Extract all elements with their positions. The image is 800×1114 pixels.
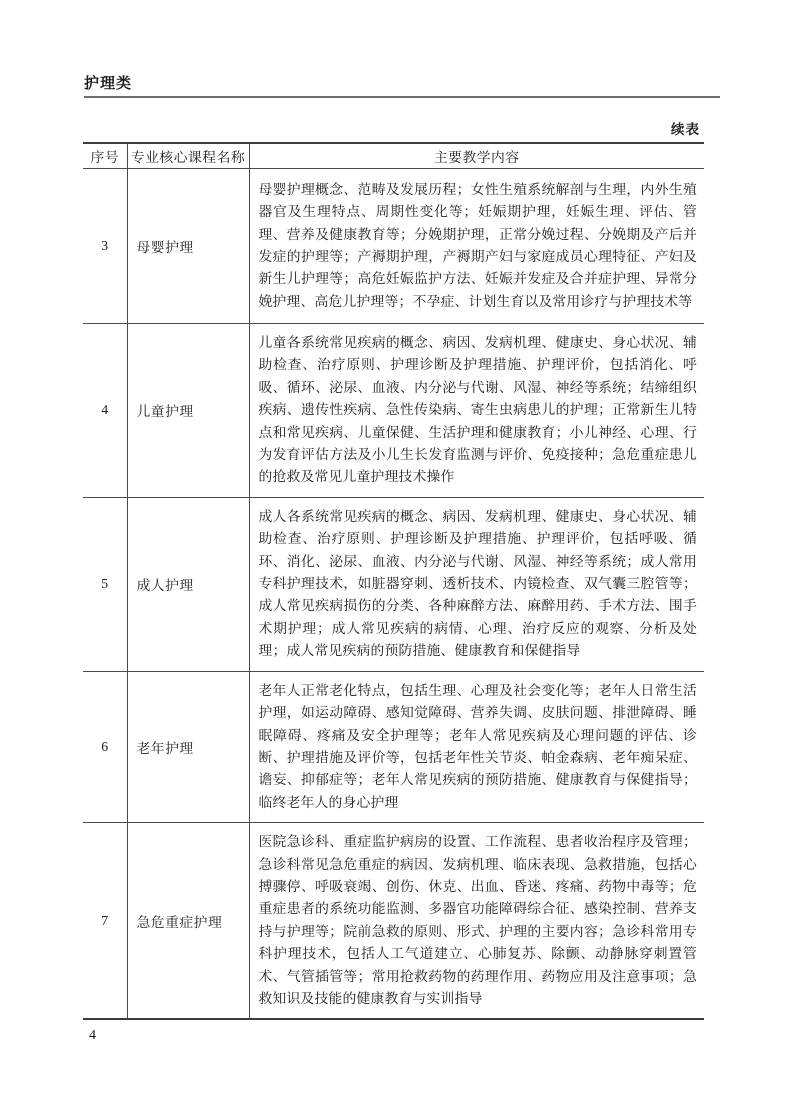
row-serial-number: 7 <box>83 823 127 1020</box>
row-course-name: 儿童护理 <box>127 324 249 498</box>
header-serial-number: 序号 <box>83 143 127 169</box>
row-course-name: 母婴护理 <box>127 169 249 324</box>
table-row: 5 成人护理 成人各系统常见疾病的概念、病因、发病机理、健康史、身心状况、辅助检… <box>83 497 704 671</box>
section-heading: 护理类 <box>84 72 132 93</box>
row-teaching-content: 老年人正常老化特点，包括生理、心理及社会变化等；老年人日常生活护理，如运动障碍、… <box>249 671 704 822</box>
row-teaching-content: 儿童各系统常见疾病的概念、病因、发病机理、健康史、身心状况、辅助检查、治疗原则、… <box>249 324 704 498</box>
row-serial-number: 4 <box>83 324 127 498</box>
header-main-content: 主要教学内容 <box>249 143 704 169</box>
row-teaching-content: 医院急诊科、重症监护病房的设置、工作流程、患者收治程序及管理；急诊科常见急危重症… <box>249 823 704 1020</box>
row-teaching-content: 成人各系统常见疾病的概念、病因、发病机理、健康史、身心状况、辅助检查、治疗原则、… <box>249 497 704 671</box>
heading-rule-divider <box>84 96 720 98</box>
row-serial-number: 5 <box>83 497 127 671</box>
row-serial-number: 3 <box>83 169 127 324</box>
course-table-body: 3 母婴护理 母婴护理概念、范畴及发展历程；女性生殖系统解剖与生理，内外生殖器官… <box>83 169 704 1020</box>
row-serial-number: 6 <box>83 671 127 822</box>
page-number: 4 <box>89 1028 96 1044</box>
header-row: 序号 专业核心课程名称 主要教学内容 <box>83 143 704 169</box>
table-row: 6 老年护理 老年人正常老化特点，包括生理、心理及社会变化等；老年人日常生活护理… <box>83 671 704 822</box>
row-teaching-content: 母婴护理概念、范畴及发展历程；女性生殖系统解剖与生理，内外生殖器官及生理特点、周… <box>249 169 704 324</box>
continued-table-label: 续表 <box>671 118 700 138</box>
table-row: 3 母婴护理 母婴护理概念、范畴及发展历程；女性生殖系统解剖与生理，内外生殖器官… <box>83 169 704 324</box>
row-course-name: 成人护理 <box>127 497 249 671</box>
course-table-header: 序号 专业核心课程名称 主要教学内容 <box>83 143 704 169</box>
table-row: 4 儿童护理 儿童各系统常见疾病的概念、病因、发病机理、健康史、身心状况、辅助检… <box>83 324 704 498</box>
row-course-name: 老年护理 <box>127 671 249 822</box>
table-row: 7 急危重症护理 医院急诊科、重症监护病房的设置、工作流程、患者收治程序及管理；… <box>83 823 704 1020</box>
document-page: 护理类 续表 序号 专业核心课程名称 主要教学内容 3 母婴护理 母婴护理概念、… <box>0 0 800 1114</box>
course-table: 序号 专业核心课程名称 主要教学内容 3 母婴护理 母婴护理概念、范畴及发展历程… <box>83 142 704 1020</box>
row-course-name: 急危重症护理 <box>127 823 249 1020</box>
header-course-name: 专业核心课程名称 <box>127 143 249 169</box>
